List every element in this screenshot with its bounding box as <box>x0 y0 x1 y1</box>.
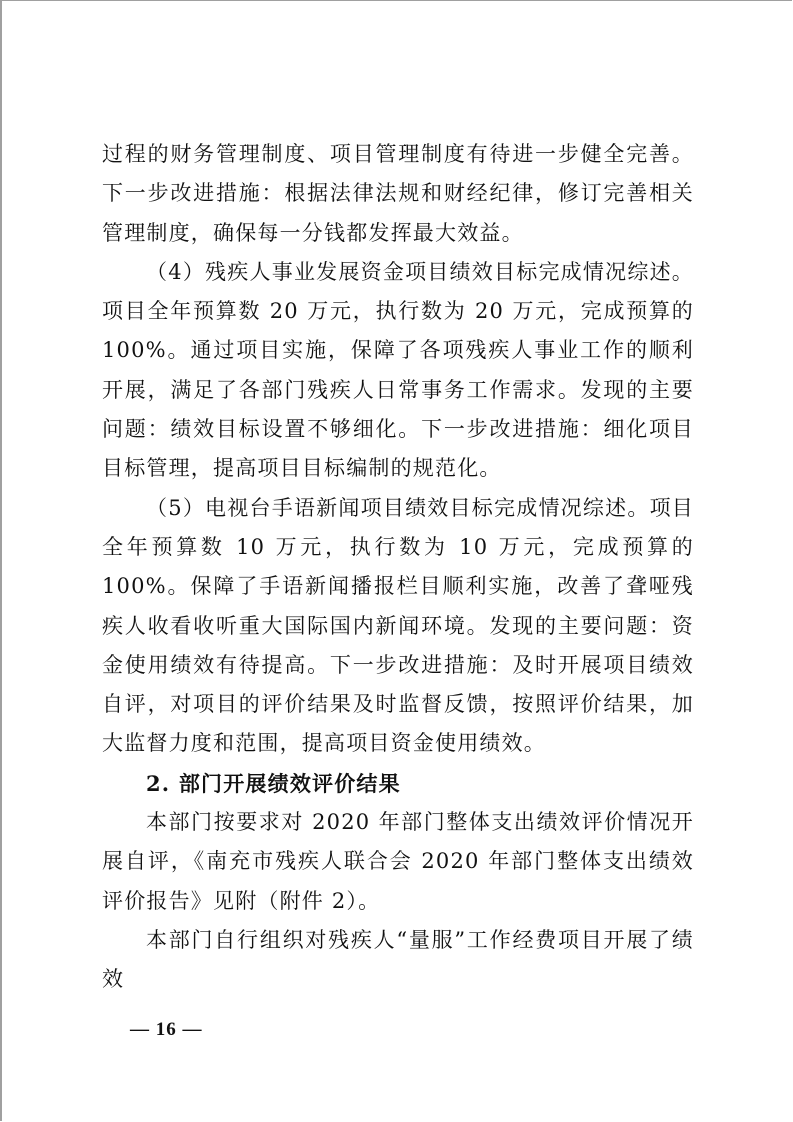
paragraph-department-self-evaluation: 本部门按要求对 2020 年部门整体支出绩效评价情况开展自评，《南充市残疾人联合… <box>102 803 694 921</box>
paragraph-financial-management-continued: 过程的财务管理制度、项目管理制度有待进一步健全完善。下一步改进措施：根据法律法规… <box>102 135 694 253</box>
section-heading-performance-evaluation: 2. 部门开展绩效评价结果 <box>102 764 694 803</box>
paragraph-sign-language-news-project: （5）电视台手语新闻项目绩效目标完成情况综述。项目全年预算数 10 万元，执行数… <box>102 489 694 764</box>
document-page: 过程的财务管理制度、项目管理制度有待进一步健全完善。下一步改进措施：根据法律法规… <box>0 0 792 1121</box>
page-number: — 16 — <box>130 1019 203 1041</box>
page-body: 过程的财务管理制度、项目管理制度有待进一步健全完善。下一步改进措施：根据法律法规… <box>102 135 694 1000</box>
paragraph-service-project-evaluation: 本部门自行组织对残疾人“量服”工作经费项目开展了绩效 <box>102 921 694 1000</box>
paragraph-disability-fund-project: （4）残疾人事业发展资金项目绩效目标完成情况综述。项目全年预算数 20 万元，执… <box>102 253 694 489</box>
